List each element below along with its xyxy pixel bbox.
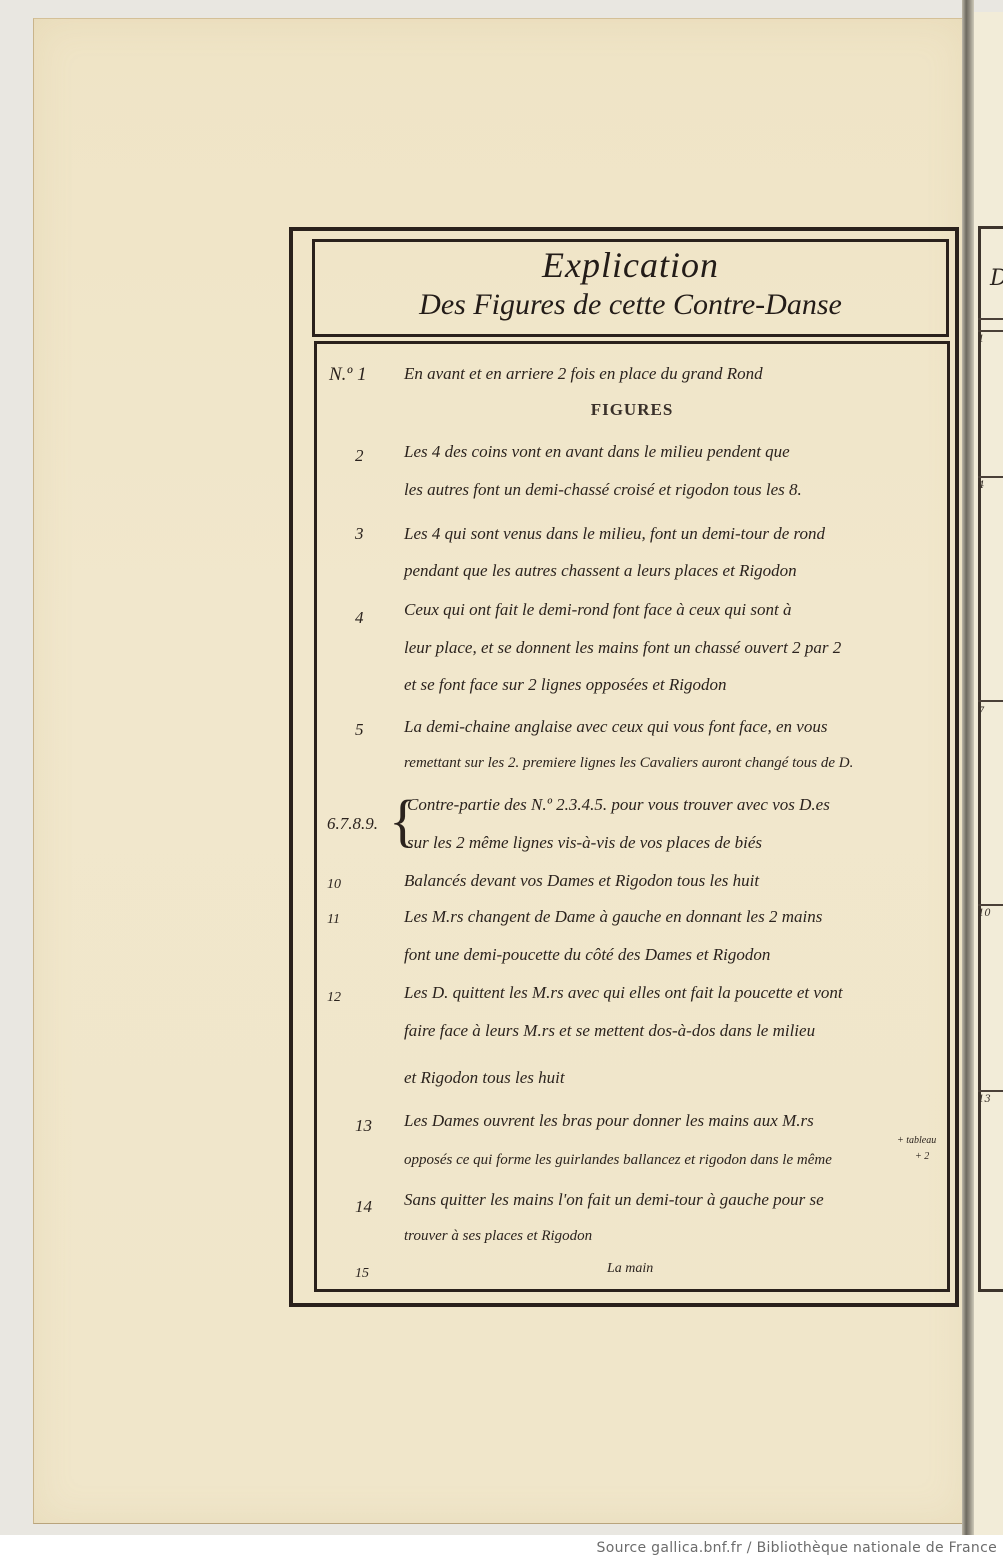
entry-text: La demi-chaine anglaise avec ceux qui vo… — [404, 717, 827, 737]
entry-text: font une demi-poucette du côté des Dames… — [404, 945, 770, 965]
entry-text: Sans quitter les mains l'on fait un demi… — [404, 1190, 824, 1210]
adjacent-page-rule — [978, 1090, 1003, 1092]
entry-text: Les M.rs changent de Dame à gauche en do… — [404, 907, 822, 927]
entry-text: les autres font un demi-chassé croisé et… — [404, 480, 802, 500]
adjacent-figure-number: 1 — [978, 334, 984, 345]
marginal-note: + tableau — [897, 1135, 936, 1146]
page-subtitle: Des Figures de cette Contre-Danse — [315, 288, 946, 322]
adjacent-figure-number: 13 — [978, 1094, 991, 1105]
entry-text: trouver à ses places et Rigodon — [404, 1228, 592, 1245]
entry-text: Balancés devant vos Dames et Rigodon tou… — [404, 871, 759, 891]
entry-text: En avant et en arriere 2 fois en place d… — [404, 364, 763, 384]
book-gutter — [962, 0, 974, 1535]
figures-explanation: N.º 1 En avant et en arriere 2 fois en p… — [314, 341, 950, 1292]
entry-text: et Rigodon tous les huit — [404, 1068, 565, 1088]
adjacent-figure-number: 7 — [978, 706, 984, 717]
footer-bar: Source gallica.bnf.fr / Bibliothèque nat… — [0, 1535, 1003, 1566]
entry-number: 6.7.8.9. — [327, 814, 378, 834]
entry-text: pendant que les autres chassent a leurs … — [404, 561, 797, 581]
adjacent-page-rule — [978, 330, 1003, 332]
entry-text: Les 4 qui sont venus dans le milieu, fon… — [404, 524, 825, 544]
entry-number: 11 — [327, 912, 340, 928]
entry-number: N.º 1 — [329, 364, 367, 386]
entry-text: Ceux qui ont fait le demi-rond font face… — [404, 600, 791, 620]
entry-number: 5 — [355, 720, 364, 740]
entry-text: Les Dames ouvrent les bras pour donner l… — [404, 1111, 814, 1131]
title-cartouche: Explication Des Figures de cette Contre-… — [312, 239, 949, 337]
adjacent-page-rule — [978, 476, 1003, 478]
adjacent-page-title-fragment: D — [990, 266, 1003, 291]
entry-number: 4 — [355, 608, 364, 628]
adjacent-page-rule — [978, 700, 1003, 702]
adjacent-figure-number: 4 — [978, 480, 984, 491]
entry-text: sur les 2 même lignes vis-à-vis de vos p… — [407, 833, 762, 853]
entry-text: et se font face sur 2 lignes opposées et… — [404, 675, 726, 695]
adjacent-page-rule — [978, 318, 1003, 320]
adjacent-page-rule — [978, 904, 1003, 906]
entry-text: faire face à leurs M.rs et se mettent do… — [404, 1021, 815, 1041]
marginal-note-mark: + 2 — [915, 1151, 929, 1162]
source-credit: Source gallica.bnf.fr / Bibliothèque nat… — [597, 1540, 997, 1556]
entry-text: leur place, et se donnent les mains font… — [404, 638, 841, 658]
entry-number: 3 — [355, 524, 364, 544]
entry-text: La main — [607, 1261, 653, 1277]
entry-text: Les 4 des coins vont en avant dans le mi… — [404, 442, 790, 462]
entry-text: Contre-partie des N.º 2.3.4.5. pour vous… — [407, 795, 830, 815]
adjacent-figure-number: 10 — [978, 908, 991, 919]
entry-number: 15 — [355, 1266, 369, 1282]
adjacent-page-frame — [978, 226, 1003, 1292]
entry-text: remettant sur les 2. premiere lignes les… — [404, 755, 853, 772]
entry-number: 2 — [355, 446, 364, 466]
page-title: Explication — [315, 244, 946, 286]
entry-text: Les D. quittent les M.rs avec qui elles … — [404, 983, 843, 1003]
entry-text: opposés ce qui forme les guirlandes ball… — [404, 1152, 832, 1169]
entry-number: 13 — [355, 1116, 372, 1136]
entry-number: 10 — [327, 877, 341, 893]
section-heading: FIGURES — [317, 400, 947, 420]
entry-number: 14 — [355, 1197, 372, 1217]
entry-number: 12 — [327, 990, 341, 1006]
